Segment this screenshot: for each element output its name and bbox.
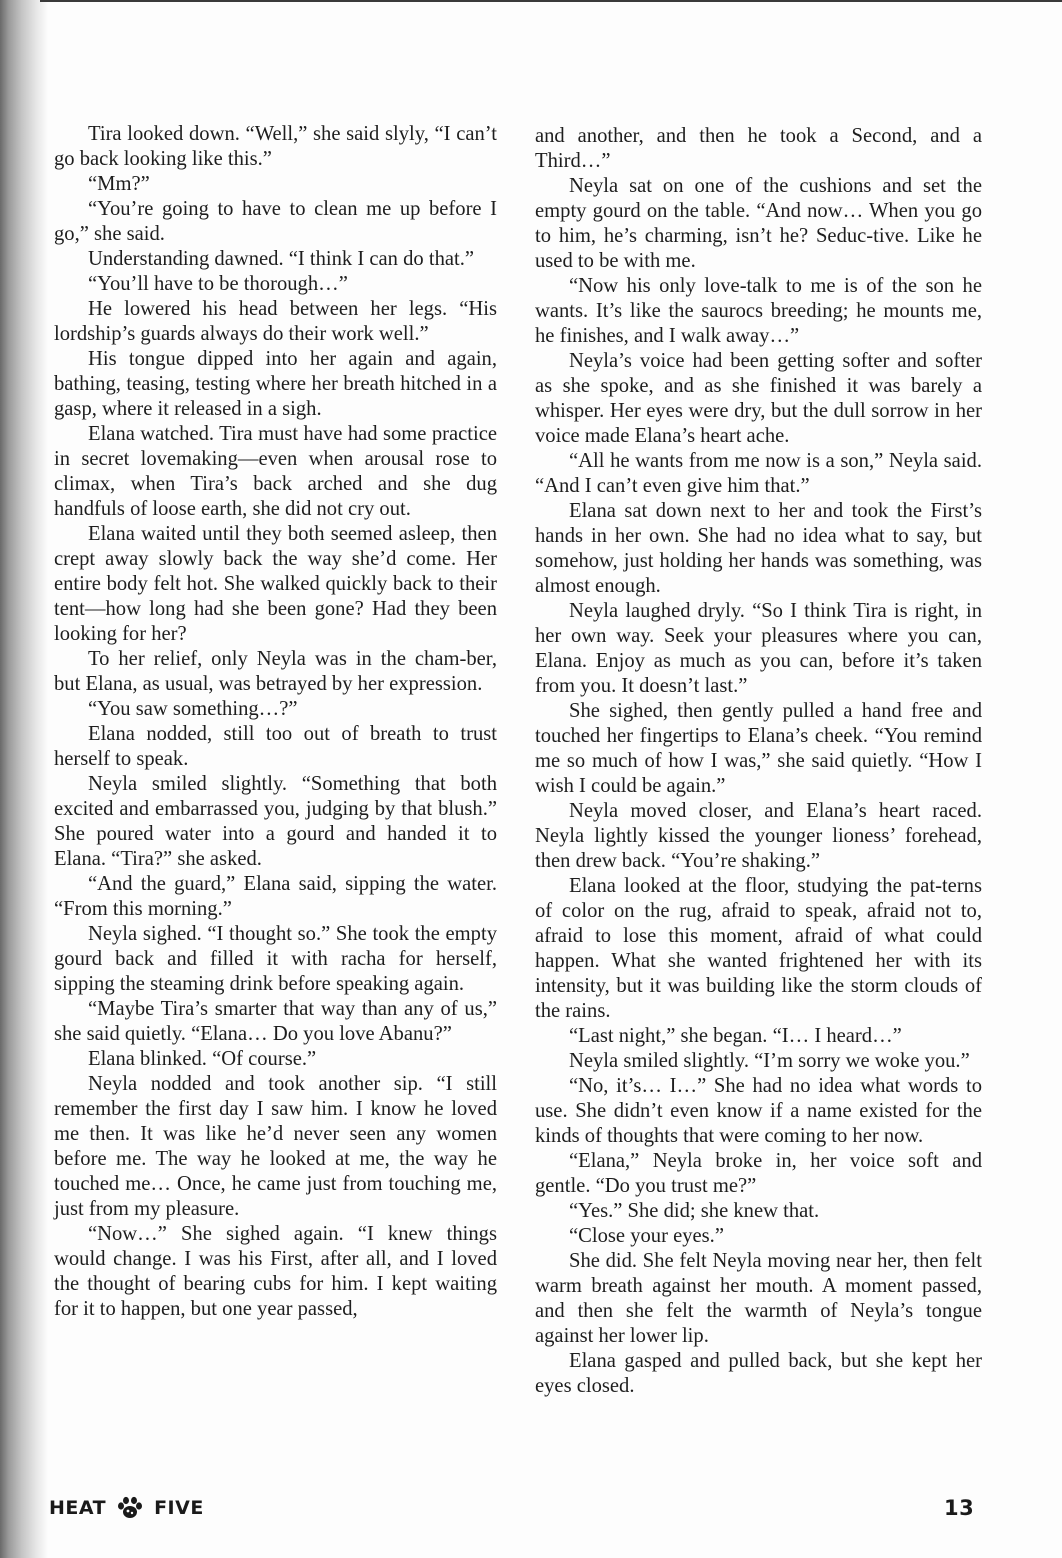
paragraph: Neyla nodded and took another sip. “I st…	[54, 1072, 497, 1222]
text-column-right: and another, and then he took a Second, …	[535, 124, 982, 1399]
paragraph: “Last night,” she began. “I… I heard…”	[535, 1024, 982, 1049]
paragraph: “And the guard,” Elana said, sipping the…	[54, 872, 497, 922]
footer-title-heat: HEAT	[49, 1497, 106, 1519]
paragraph: To her relief, only Neyla was in the cha…	[54, 647, 497, 697]
running-footer: HEAT FIVE	[49, 1496, 204, 1520]
paragraph: “No, it’s… I…” She had no idea what word…	[535, 1074, 982, 1149]
page-gutter-shadow	[0, 0, 48, 1558]
paragraph: Tira looked down. “Well,” she said slyly…	[54, 122, 497, 172]
page-top-edge	[40, 0, 1062, 2]
footer-title-five: FIVE	[154, 1497, 204, 1519]
paragraph: His tongue dipped into her again and aga…	[54, 347, 497, 422]
paragraph: “You’ll have to be thorough…”	[54, 272, 497, 297]
paragraph: Neyla sat on one of the cushions and set…	[535, 174, 982, 274]
paragraph: “Yes.” She did; she knew that.	[535, 1199, 982, 1224]
paw-print-icon	[116, 1496, 144, 1520]
paragraph: “Elana,” Neyla broke in, her voice soft …	[535, 1149, 982, 1199]
paragraph: “You saw something…?”	[54, 697, 497, 722]
paragraph: Elana gasped and pulled back, but she ke…	[535, 1349, 982, 1399]
paragraph: “Close your eyes.”	[535, 1224, 982, 1249]
paragraph: Neyla moved closer, and Elana’s heart ra…	[535, 799, 982, 874]
paragraph: “All he wants from me now is a son,” Ney…	[535, 449, 982, 499]
paragraph: Understanding dawned. “I think I can do …	[54, 247, 497, 272]
paragraph: Neyla smiled slightly. “I’m sorry we wok…	[535, 1049, 982, 1074]
paragraph: “Now his only love-talk to me is of the …	[535, 274, 982, 349]
paragraph: Elana blinked. “Of course.”	[54, 1047, 497, 1072]
paragraph: Neyla’s voice had been getting softer an…	[535, 349, 982, 449]
paragraph: Elana waited until they both seemed asle…	[54, 522, 497, 647]
paragraph: He lowered his head between her legs. “H…	[54, 297, 497, 347]
text-column-left: Tira looked down. “Well,” she said slyly…	[54, 122, 497, 1322]
paragraph-continued: and another, and then he took a Second, …	[535, 124, 982, 174]
paragraph: She did. She felt Neyla moving near her,…	[535, 1249, 982, 1349]
page-number: 13	[944, 1496, 974, 1520]
paragraph: Neyla smiled slightly. “Something that b…	[54, 772, 497, 872]
paragraph: Elana nodded, still too out of breath to…	[54, 722, 497, 772]
paragraph: Elana looked at the floor, studying the …	[535, 874, 982, 1024]
paragraph: “Now…” She sighed again. “I knew things …	[54, 1222, 497, 1322]
paragraph: She sighed, then gently pulled a hand fr…	[535, 699, 982, 799]
paragraph: Elana sat down next to her and took the …	[535, 499, 982, 599]
paragraph: Elana watched. Tira must have had some p…	[54, 422, 497, 522]
paragraph: “Maybe Tira’s smarter that way than any …	[54, 997, 497, 1047]
paragraph: “You’re going to have to clean me up bef…	[54, 197, 497, 247]
paragraph: “Mm?”	[54, 172, 497, 197]
paragraph: Neyla sighed. “I thought so.” She took t…	[54, 922, 497, 997]
paragraph: Neyla laughed dryly. “So I think Tira is…	[535, 599, 982, 699]
